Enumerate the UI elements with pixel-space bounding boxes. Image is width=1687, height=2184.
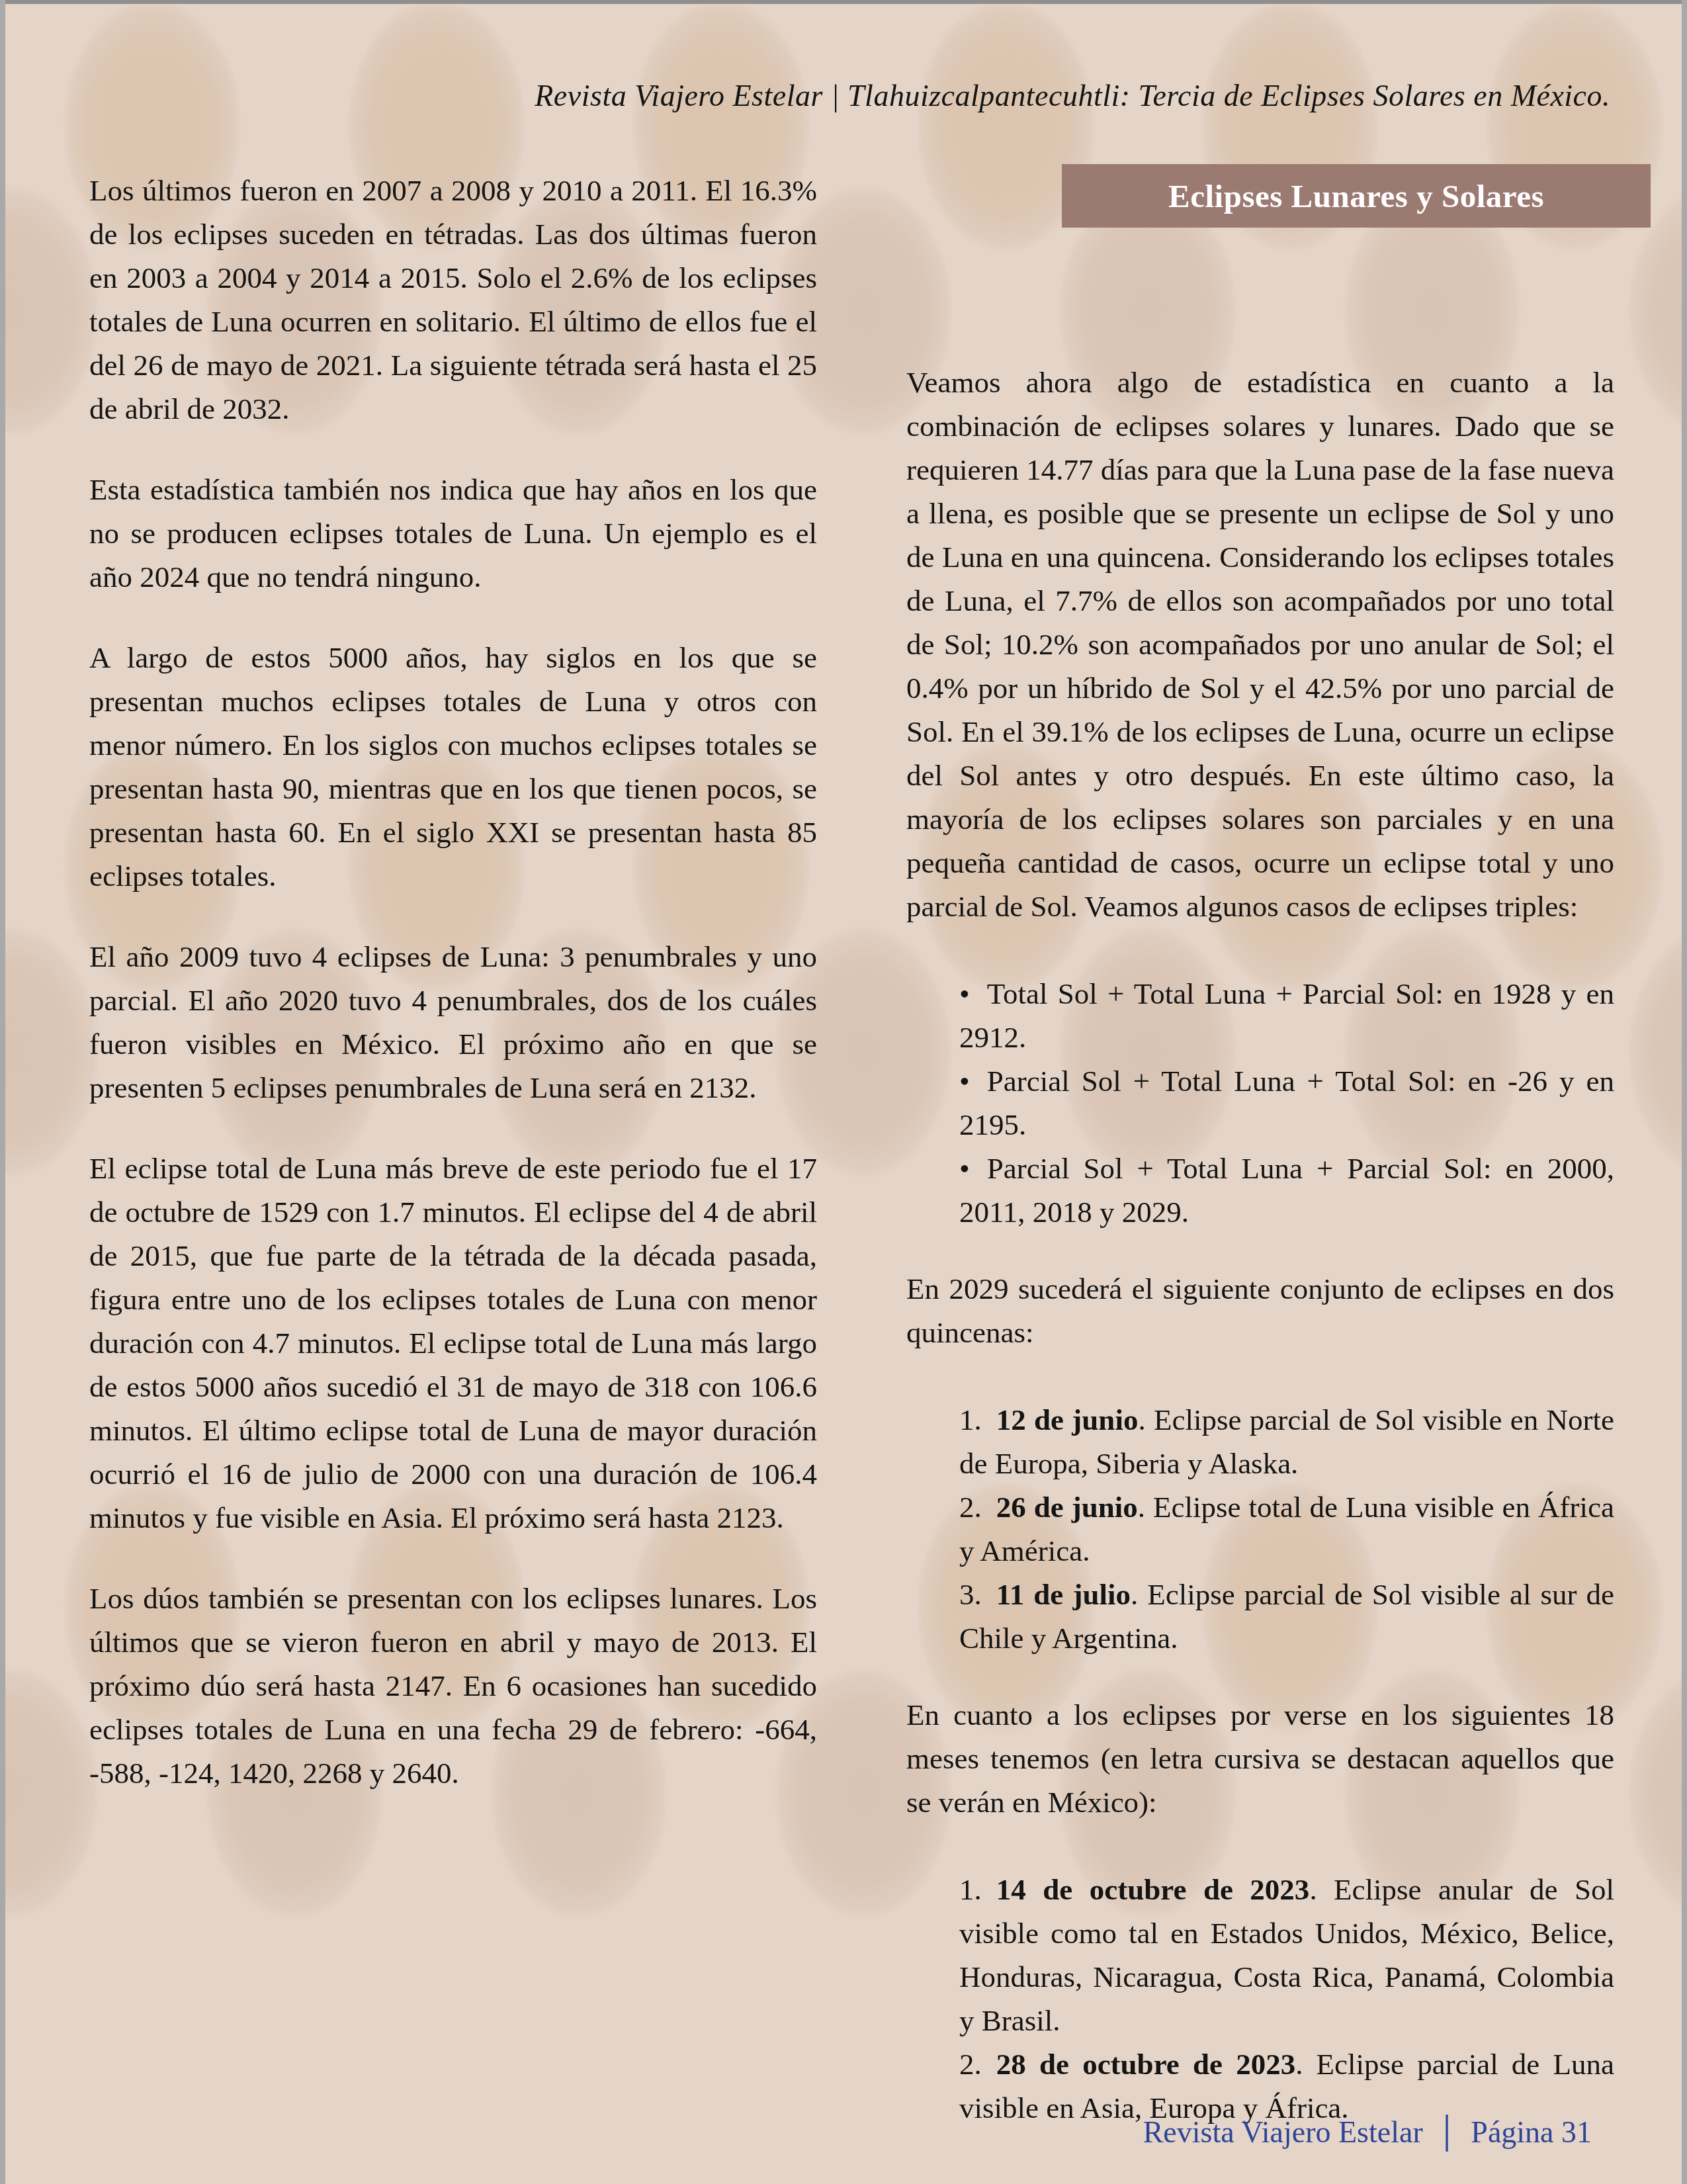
paragraph-anos-sin-eclipses: Esta estadística también nos indica que … [89,468,817,599]
page-right-edge [1682,0,1687,2184]
eclipse-date: 26 de junio [996,1491,1138,1524]
right-column: Veamos ahora algo de estadística en cuan… [906,361,1614,2163]
eclipse-date: 12 de junio [996,1403,1139,1436]
paragraph-duracion: El eclipse total de Luna más breve de es… [89,1147,817,1540]
list-item: •Total Sol + Total Luna + Parcial Sol: e… [906,972,1614,1059]
list-item: 3.11 de julio. Eclipse parcial de Sol vi… [906,1573,1614,1660]
bullet-icon: • [959,1065,970,1098]
upcoming-eclipses-list: 1.14 de octubre de 2023. Eclipse anular … [906,1868,1614,2130]
list-item: •Parcial Sol + Total Luna + Total Sol: e… [906,1059,1614,1147]
page-left-edge [0,0,5,2184]
paragraph-siglos: A largo de estos 5000 años, hay siglos e… [89,636,817,898]
section-title: Eclipses Lunares y Solares [1168,177,1544,215]
list-item-text: Parcial Sol + Total Luna + Parcial Sol: … [959,1152,1614,1229]
paragraph-estadistica: Veamos ahora algo de estadística en cuan… [906,361,1614,928]
eclipse-date: 11 de julio [996,1578,1131,1611]
footer-separator: │ [1436,2115,1458,2149]
list-item-text: Total Sol + Total Luna + Parcial Sol: en… [959,977,1614,1054]
footer-page-number: Página 31 [1471,2115,1592,2149]
list-number: 2. [959,1491,982,1524]
footer-brand: Revista Viajero Estelar [1143,2115,1423,2149]
list-number: 1. [959,1873,982,1906]
list-number: 3. [959,1578,982,1611]
running-header: Revista Viajero Estelar | Tlahuizcalpant… [89,78,1610,113]
eclipses-2029-list: 1.12 de junio. Eclipse parcial de Sol vi… [906,1398,1614,1660]
list-item: •Parcial Sol + Total Luna + Parcial Sol:… [906,1147,1614,1234]
section-banner: Eclipses Lunares y Solares [1062,164,1651,228]
magazine-page: Revista Viajero Estelar | Tlahuizcalpant… [0,0,1687,2184]
list-number: 1. [959,1403,982,1436]
paragraph-penumbrales: El año 2009 tuvo 4 eclipses de Luna: 3 p… [89,935,817,1110]
paragraph-tetradas: Los últimos fueron en 2007 a 2008 y 2010… [89,169,817,431]
list-item: 1.12 de junio. Eclipse parcial de Sol vi… [906,1398,1614,1485]
paragraph-duos: Los dúos también se presentan con los ec… [89,1577,817,1795]
eclipse-date: 28 de octubre de 2023 [996,2048,1295,2081]
triples-list: •Total Sol + Total Luna + Parcial Sol: e… [906,972,1614,1234]
page-footer: Revista Viajero Estelar│Página 31 [1143,2115,1592,2150]
list-number: 2. [959,2048,982,2081]
paragraph-2029: En 2029 sucederá el siguiente conjunto d… [906,1267,1614,1354]
list-item-text: Parcial Sol + Total Luna + Total Sol: en… [959,1065,1614,1141]
list-item: 2.26 de junio. Eclipse total de Luna vis… [906,1485,1614,1573]
bullet-icon: • [959,977,970,1010]
page-top-edge [0,0,1687,4]
paragraph-18-meses: En cuanto a los eclipses por verse en lo… [906,1693,1614,1824]
bullet-icon: • [959,1152,970,1185]
list-item: 1.14 de octubre de 2023. Eclipse anular … [906,1868,1614,2042]
left-column: Los últimos fueron en 2007 a 2008 y 2010… [89,169,817,1795]
eclipse-date: 14 de octubre de 2023 [996,1873,1310,1906]
